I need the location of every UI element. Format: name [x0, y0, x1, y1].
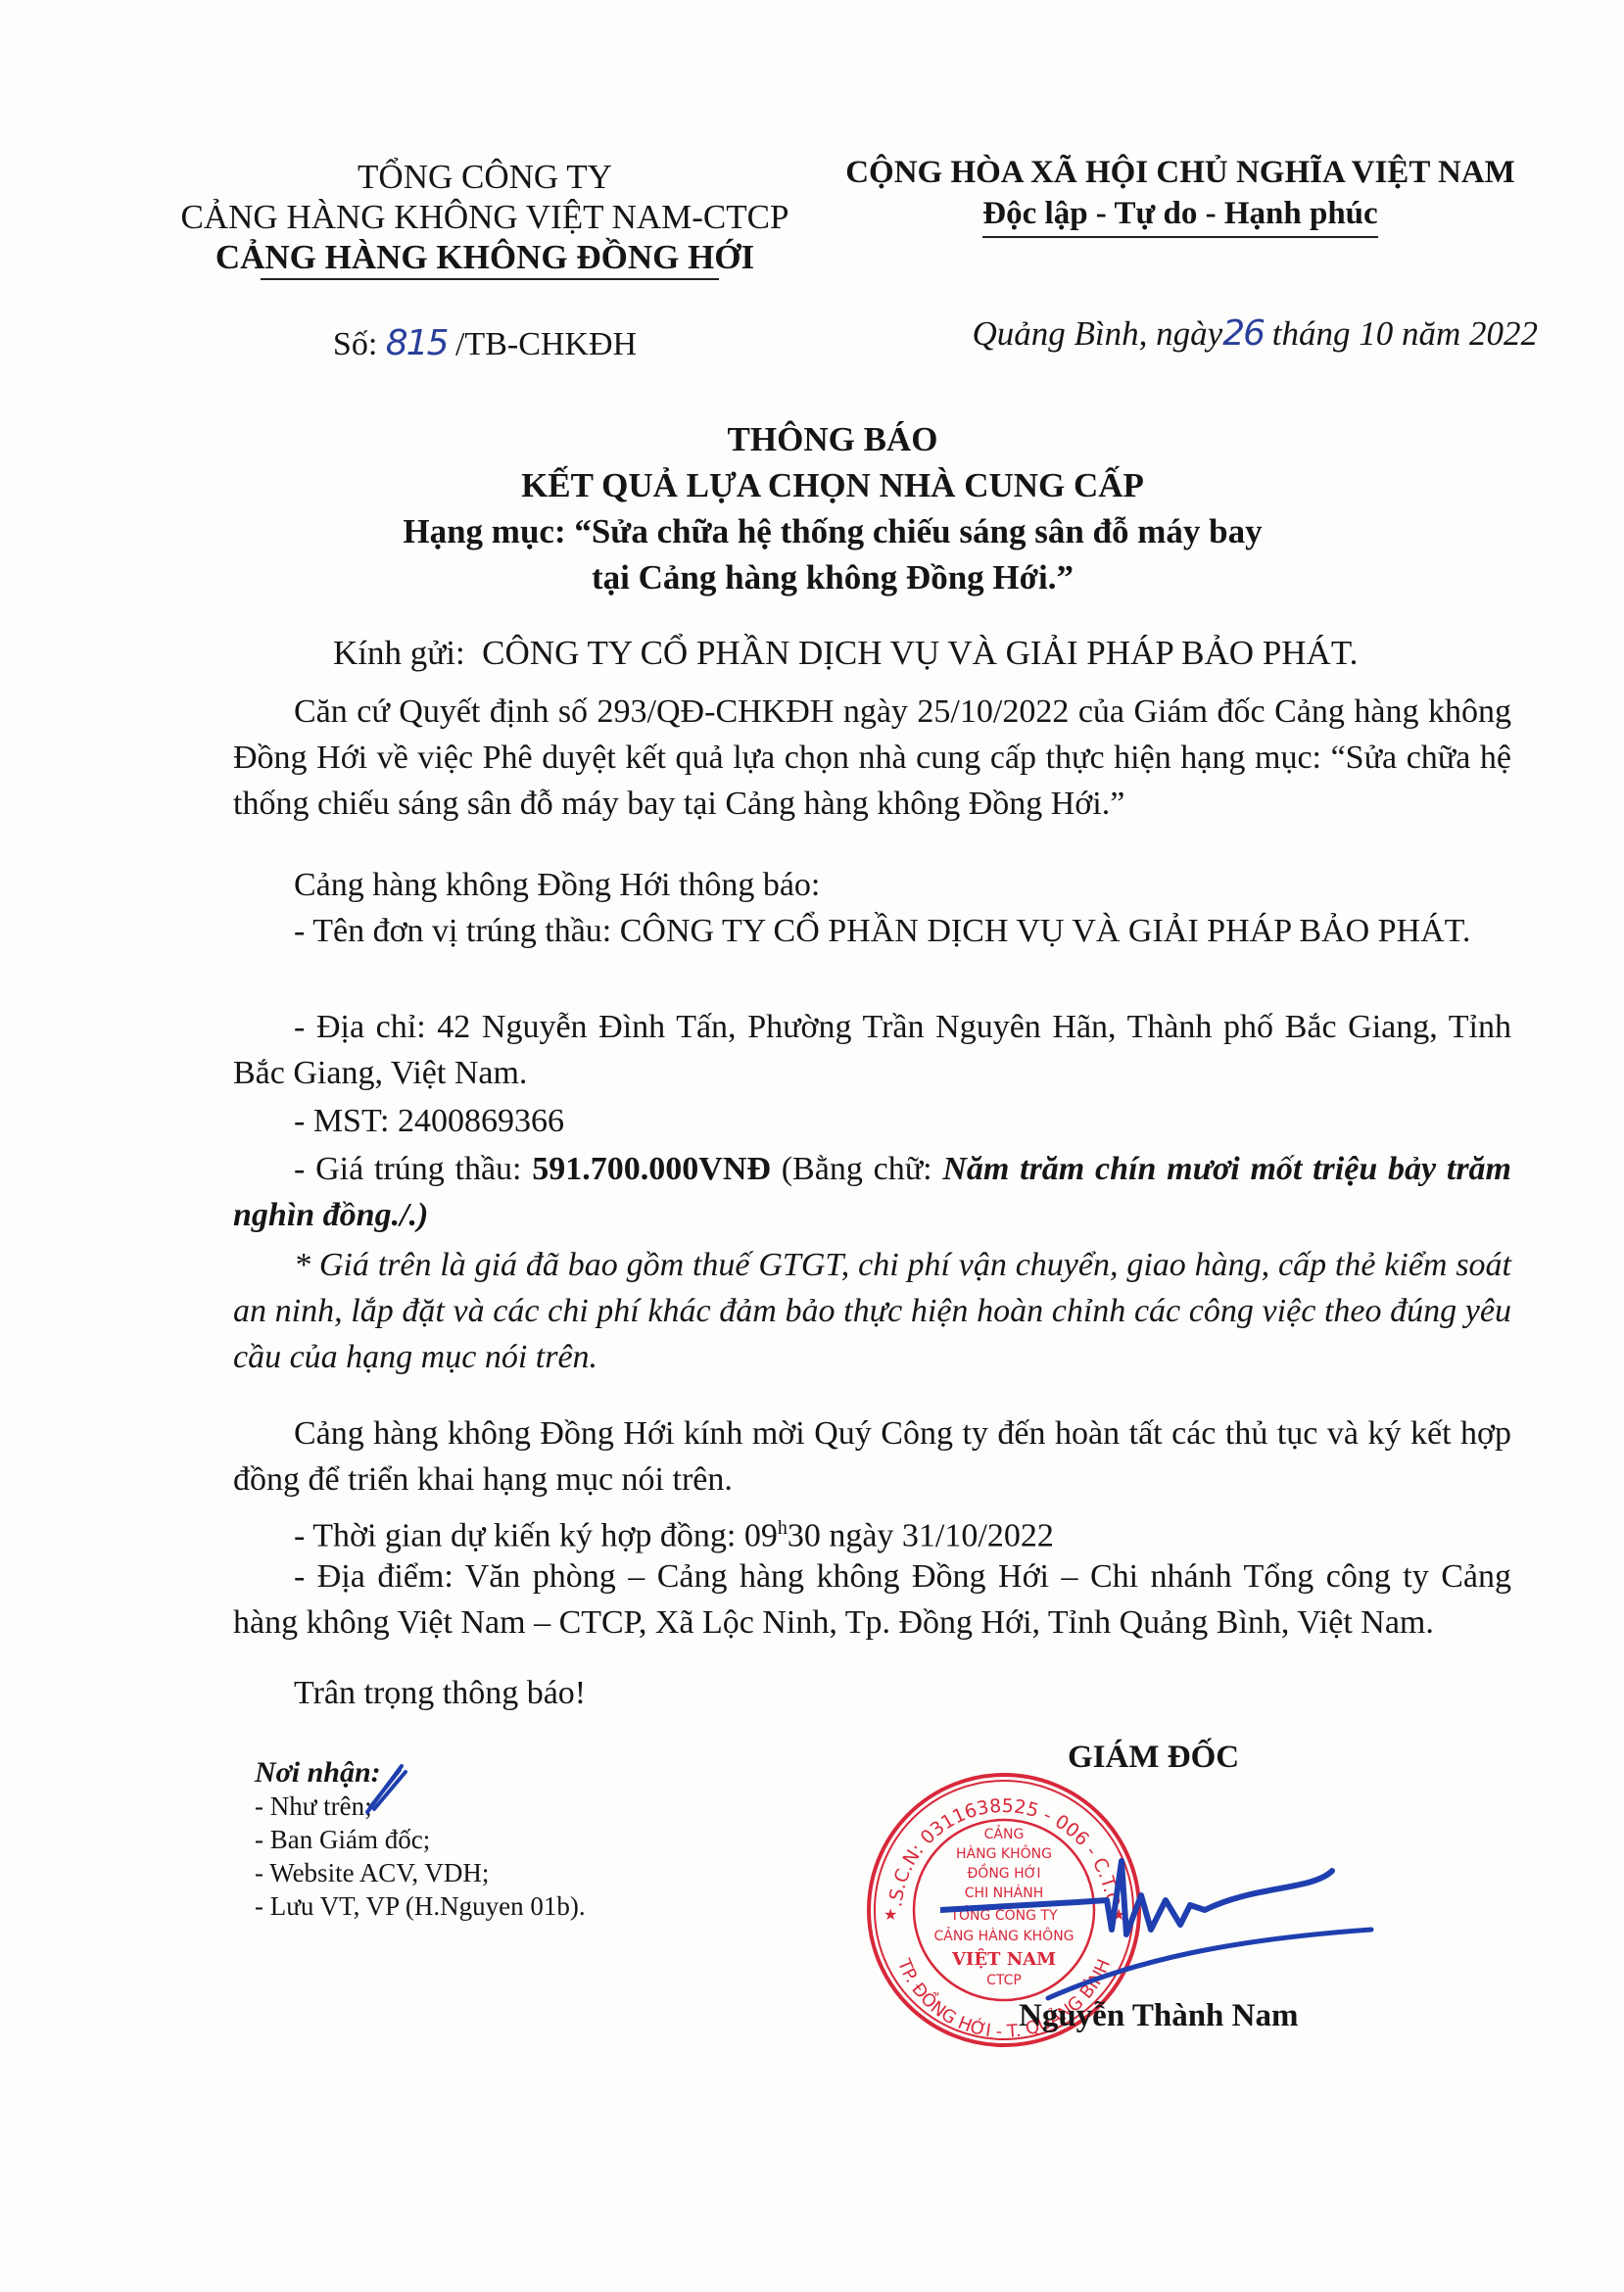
tax-id-line: - MST: 2400869366 [233, 1098, 1511, 1144]
document-date: Quảng Bình, ngày26 tháng 10 năm 2022 [862, 313, 1538, 354]
distribution-heading: Nơi nhận: [255, 1756, 586, 1790]
closing-line: Trân trọng thông báo! [233, 1670, 1511, 1716]
signing-location: - Địa điểm: Văn phòng – Cảng hàng không … [233, 1553, 1511, 1646]
signing-time: - Thời gian dự kiến ký hợp đồng: 09h30 n… [233, 1505, 1511, 1558]
signer-name: Nguyễn Thành Nam [1019, 1998, 1298, 2034]
price-line: - Giá trúng thầu: 591.700.000VNĐ (Bằng c… [233, 1146, 1511, 1238]
announce-line: Cảng hàng không Đồng Hới thông báo: [233, 862, 1511, 908]
national-motto: Độc lập - Tự do - Hạnh phúc [982, 193, 1377, 238]
basis-paragraph: Căn cứ Quyết định số 293/QĐ-CHKĐH ngày 2… [233, 689, 1511, 827]
issuer-block: TỔNG CÔNG TY CẢNG HÀNG KHÔNG VIỆT NAM-CT… [147, 157, 823, 277]
issuer-line2: CẢNG HÀNG KHÔNG VIỆT NAM-CTCP [147, 197, 823, 237]
recipient-line: Kính gửi: CÔNG TY CỔ PHẦN DỊCH VỤ VÀ GIẢ… [333, 634, 1358, 673]
distribution-item: - Ban Giám đốc; [255, 1823, 586, 1856]
distribution-list: Nơi nhận: - Như trên; - Ban Giám đốc; - … [255, 1756, 586, 1923]
winner-line: - Tên đơn vị trúng thầu: CÔNG TY CỔ PHẦN… [233, 908, 1511, 954]
distribution-item: - Như trên; [255, 1790, 586, 1823]
price-value: 591.700.000VNĐ [532, 1151, 771, 1187]
handwritten-day: 26 [1222, 313, 1264, 354]
price-note: * Giá trên là giá đã bao gồm thuế GTGT, … [233, 1242, 1511, 1380]
invite-paragraph: Cảng hàng không Đồng Hới kính mời Quý Cô… [233, 1410, 1511, 1503]
recipient-name: CÔNG TY CỔ PHẦN DỊCH VỤ VÀ GIẢI PHÁP BẢO… [482, 634, 1358, 672]
distribution-item: - Website ACV, VDH; [255, 1856, 586, 1889]
issuer-underline [261, 278, 719, 280]
document-number: Số: 815 /TB-CHKĐH [147, 323, 823, 363]
issuer-line3: CẢNG HÀNG KHÔNG ĐỒNG HỚI [215, 237, 754, 277]
address-line: - Địa chỉ: 42 Nguyễn Đình Tấn, Phường Tr… [233, 1004, 1511, 1096]
issuer-line1: TỔNG CÔNG TY [147, 157, 823, 197]
svg-text:★: ★ [884, 1907, 897, 1924]
national-header: CỘNG HÒA XÃ HỘI CHỦ NGHĨA VIỆT NAM Độc l… [813, 152, 1548, 238]
document-title: THÔNG BÁO KẾT QUẢ LỰA CHỌN NHÀ CUNG CẤP … [147, 416, 1518, 600]
nation-name: CỘNG HÒA XÃ HỘI CHỦ NGHĨA VIỆT NAM [813, 152, 1548, 193]
handwritten-number: 815 [386, 323, 448, 363]
distribution-item: - Lưu VT, VP (H.Nguyen 01b). [255, 1889, 586, 1923]
initial-mark-icon [362, 1758, 411, 1817]
svg-text:CẢNG: CẢNG [984, 1825, 1025, 1842]
